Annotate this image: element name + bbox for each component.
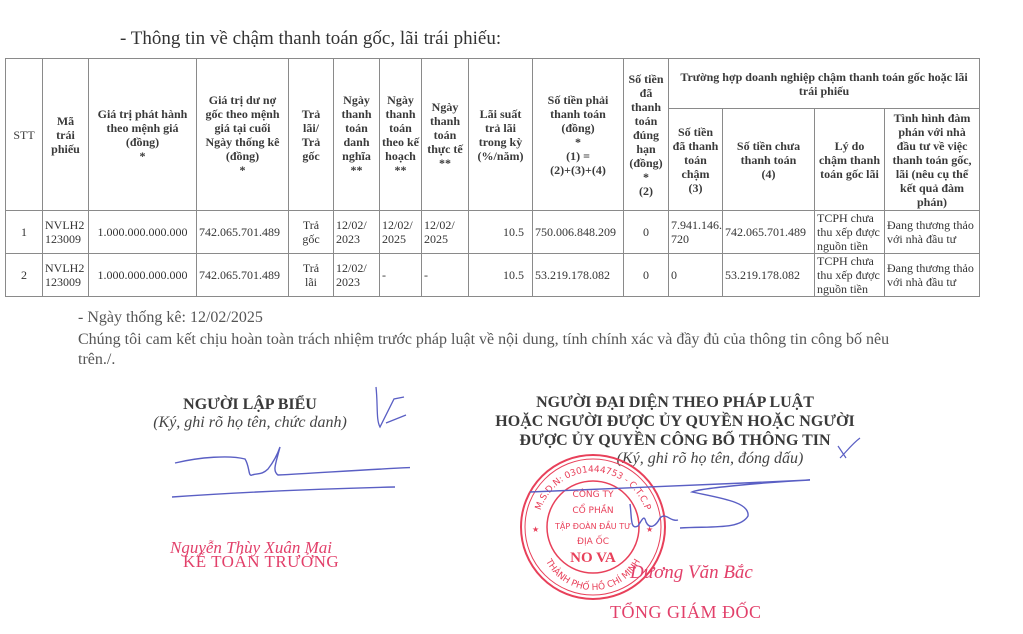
commitment-text: Chúng tôi cam kết chịu hoàn toàn trách n… [78,330,928,370]
planned-date-cell: 12/02/2025 [380,211,422,254]
header-negotiation: Tình hình đàmphán với nhàđầu tư về việct… [885,109,980,211]
rate-cell: 10.5 [469,211,533,254]
issue-value-cell: 1.000.000.000.000 [89,211,197,254]
representative-signature-icon [520,430,990,530]
unpaid-cell: 53.219.178.082 [723,254,815,297]
paid-late-cell: 0 [669,254,723,297]
header-unpaid: Số tiền chưathanh toán(4) [723,109,815,211]
rate-cell: 10.5 [469,254,533,297]
statistics-date: - Ngày thống kê: 12/02/2025 [78,309,263,327]
late-payment-table: STT Mãtráiphiếu Giá trị phát hànhtheo mệ… [5,58,980,297]
unpaid-cell: 742.065.701.489 [723,211,815,254]
amount-due-cell: 53.219.178.082 [533,254,624,297]
stt-cell: 2 [6,254,43,297]
table-row: 1NVLH21230091.000.000.000.000742.065.701… [6,211,980,254]
negotiation-cell: Đang thương thảovới nhà đầu tư [885,211,980,254]
paid-on-time-cell: 0 [624,254,669,297]
amount-due-cell: 750.006.848.209 [533,211,624,254]
pay-type-cell: Trảgốc [289,211,334,254]
stt-cell: 1 [6,211,43,254]
header-late-group: Trường hợp doanh nghiệp chậm thanh toán … [669,59,980,109]
preparer-position: KẾ TOÁN TRƯỞNG [183,552,339,572]
header-issue-value: Giá trị phát hànhtheo mệnh giá(đồng)* [89,59,197,211]
outstanding-cell: 742.065.701.489 [197,211,289,254]
outstanding-cell: 742.065.701.489 [197,254,289,297]
header-rate: Lãi suấttrả lãitrong kỳ(%/năm) [469,59,533,211]
paid-on-time-cell: 0 [624,211,669,254]
reason-cell: TCPH chưathu xếp đượcnguồn tiền [815,211,885,254]
section-heading: - Thông tin về chậm thanh toán gốc, lãi … [120,28,501,50]
header-paid-late: Số tiềnđã thanhtoánchậm(3) [669,109,723,211]
header-reason: Lý dochậm thanhtoán gốc lãi [815,109,885,211]
negotiation-cell: Đang thương thảovới nhà đầu tư [885,254,980,297]
nominal-date-cell: 12/02/2023 [334,254,380,297]
header-planned-date: Ngàythanhtoántheo kếhoạch** [380,59,422,211]
bond-code-cell: NVLH2123009 [43,211,89,254]
paid-late-cell: 7.941.146.720 [669,211,723,254]
svg-text:NO VA: NO VA [570,550,616,566]
issue-value-cell: 1.000.000.000.000 [89,254,197,297]
actual-date-cell: 12/02/2025 [422,211,469,254]
header-paid-on-time: Số tiềnđãthanhtoánđúnghạn(đồng)*(2) [624,59,669,211]
header-actual-date: Ngàythanhtoánthực tế** [422,59,469,211]
representative-position: TỔNG GIÁM ĐỐC [610,602,762,623]
header-outstanding: Giá trị dư nợgốc theo mệnhgiá tại cuốiNg… [197,59,289,211]
nominal-date-cell: 12/02/2023 [334,211,380,254]
bond-code-cell: NVLH2123009 [43,254,89,297]
reason-cell: TCPH chưathu xếp đượcnguồn tiền [815,254,885,297]
header-pay-type: Trảlãi/Trảgốc [289,59,334,211]
svg-text:ĐỊA ỐC: ĐỊA ỐC [577,534,609,547]
representative-title-2: HOẶC NGƯỜI ĐƯỢC ỦY QUYỀN HOẶC NGƯỜI [455,412,895,431]
pay-type-cell: Trảlãi [289,254,334,297]
header-nominal-date: Ngàythanhtoándanhnghĩa** [334,59,380,211]
representative-title-1: NGƯỜI ĐẠI DIỆN THEO PHÁP LUẬT [455,393,895,412]
actual-date-cell: - [422,254,469,297]
header-amount-due: Số tiền phảithanh toán(đồng)*(1) =(2)+(3… [533,59,624,211]
planned-date-cell: - [380,254,422,297]
table-row: 2NVLH21230091.000.000.000.000742.065.701… [6,254,980,297]
header-bond-code: Mãtráiphiếu [43,59,89,211]
preparer-signature-icon [150,385,410,505]
representative-name: Dương Văn Bắc [630,562,753,584]
header-stt: STT [6,59,43,211]
